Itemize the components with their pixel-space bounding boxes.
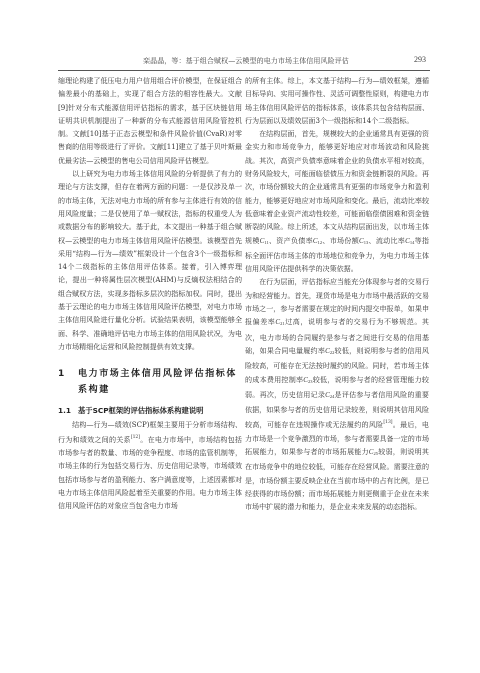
indicator-c12: C12 — [313, 237, 322, 245]
page-number: 293 — [414, 55, 426, 64]
section-title: 电力市场主体信用风险评估指标体系构建 — [78, 366, 242, 398]
text: 较弱，则说明其在市场竞争中的地位较低，可能存在经营风险。需要注意的是，市场份额主… — [245, 447, 429, 511]
subsection-heading-1-1: 1.1 基于SCP框架的评估指标体系构建说明 — [58, 404, 242, 417]
indicator-c13: C13 — [359, 237, 368, 245]
running-title: 栾晶晶，等：基于组合赋权—云模型的电力市场主体信用风险评估 — [143, 56, 349, 66]
paragraph-scp-framework: 结构—行为—绩效(SCP)框架主要用于分析市场结构、行为和绩效之间的关系[12]… — [58, 418, 242, 513]
indicator-c21: C21 — [275, 318, 284, 326]
indicator-c11: C11 — [260, 237, 269, 245]
paragraph-literature-review: 缩理论构建了低压电力用户信用组合评价模型，在保证组合偏差最小的基础上，实现了组合… — [58, 74, 242, 167]
indicator-c25: C25 — [369, 448, 378, 456]
page-header: 栾晶晶，等：基于组合赋权—云模型的电力市场主体信用风险评估 293 — [58, 56, 430, 71]
text: 、流动比率 — [368, 236, 405, 245]
subsection-title: 基于SCP框架的评估指标体系构建说明 — [78, 404, 203, 417]
text: 。在电力市场中，市场结构包括市场参与者的数量、市场的竞争程度、市场的监管机制等，… — [58, 435, 242, 510]
paragraph-index-system: 的所有主体。综上，本文基于结构—行为—绩效框架，遵循目标导向、实用可操作性、灵活… — [245, 74, 429, 127]
paragraph-research-gap: 以上研究为电力市场主体信用风险的分析提供了有力的理论与方法支撑，但存在着两方面的… — [58, 167, 242, 353]
text: 、市场份额 — [322, 236, 359, 245]
paragraph-structure-level: 在结构层面，首先，规模较大的企业通常具有更强的资金实力和市场竞争力，能够更好地应… — [245, 127, 429, 275]
right-column: 的所有主体。综上，本文基于结构—行为—绩效框架，遵循目标导向、实用可操作性、灵活… — [245, 74, 429, 514]
text: 、资产负债率 — [269, 236, 313, 245]
citation: [12] — [131, 435, 140, 440]
text: 在结构层面，首先，规模较大的企业通常具有更强的资金实力和市场竞争力，能够更好地应… — [245, 129, 429, 244]
left-column: 缩理论构建了低压电力用户信用组合评价模型，在保证组合偏差最小的基础上，实现了组合… — [58, 74, 242, 513]
subsection-number: 1.1 — [58, 404, 78, 417]
indicator-c24: C24 — [325, 391, 334, 399]
indicator-c22: C22 — [325, 347, 334, 355]
citation: [13] — [383, 420, 392, 425]
section-number: 1 — [58, 366, 78, 398]
indicator-c14: C14 — [405, 237, 414, 245]
section-heading-1: 1 电力市场主体信用风险评估指标体系构建 — [58, 366, 242, 398]
paragraph-behavior-level: 在行为层面，评估指标应当能充分体现参与者的交易行为和经营能力。首先，现货市场是电… — [245, 275, 429, 513]
